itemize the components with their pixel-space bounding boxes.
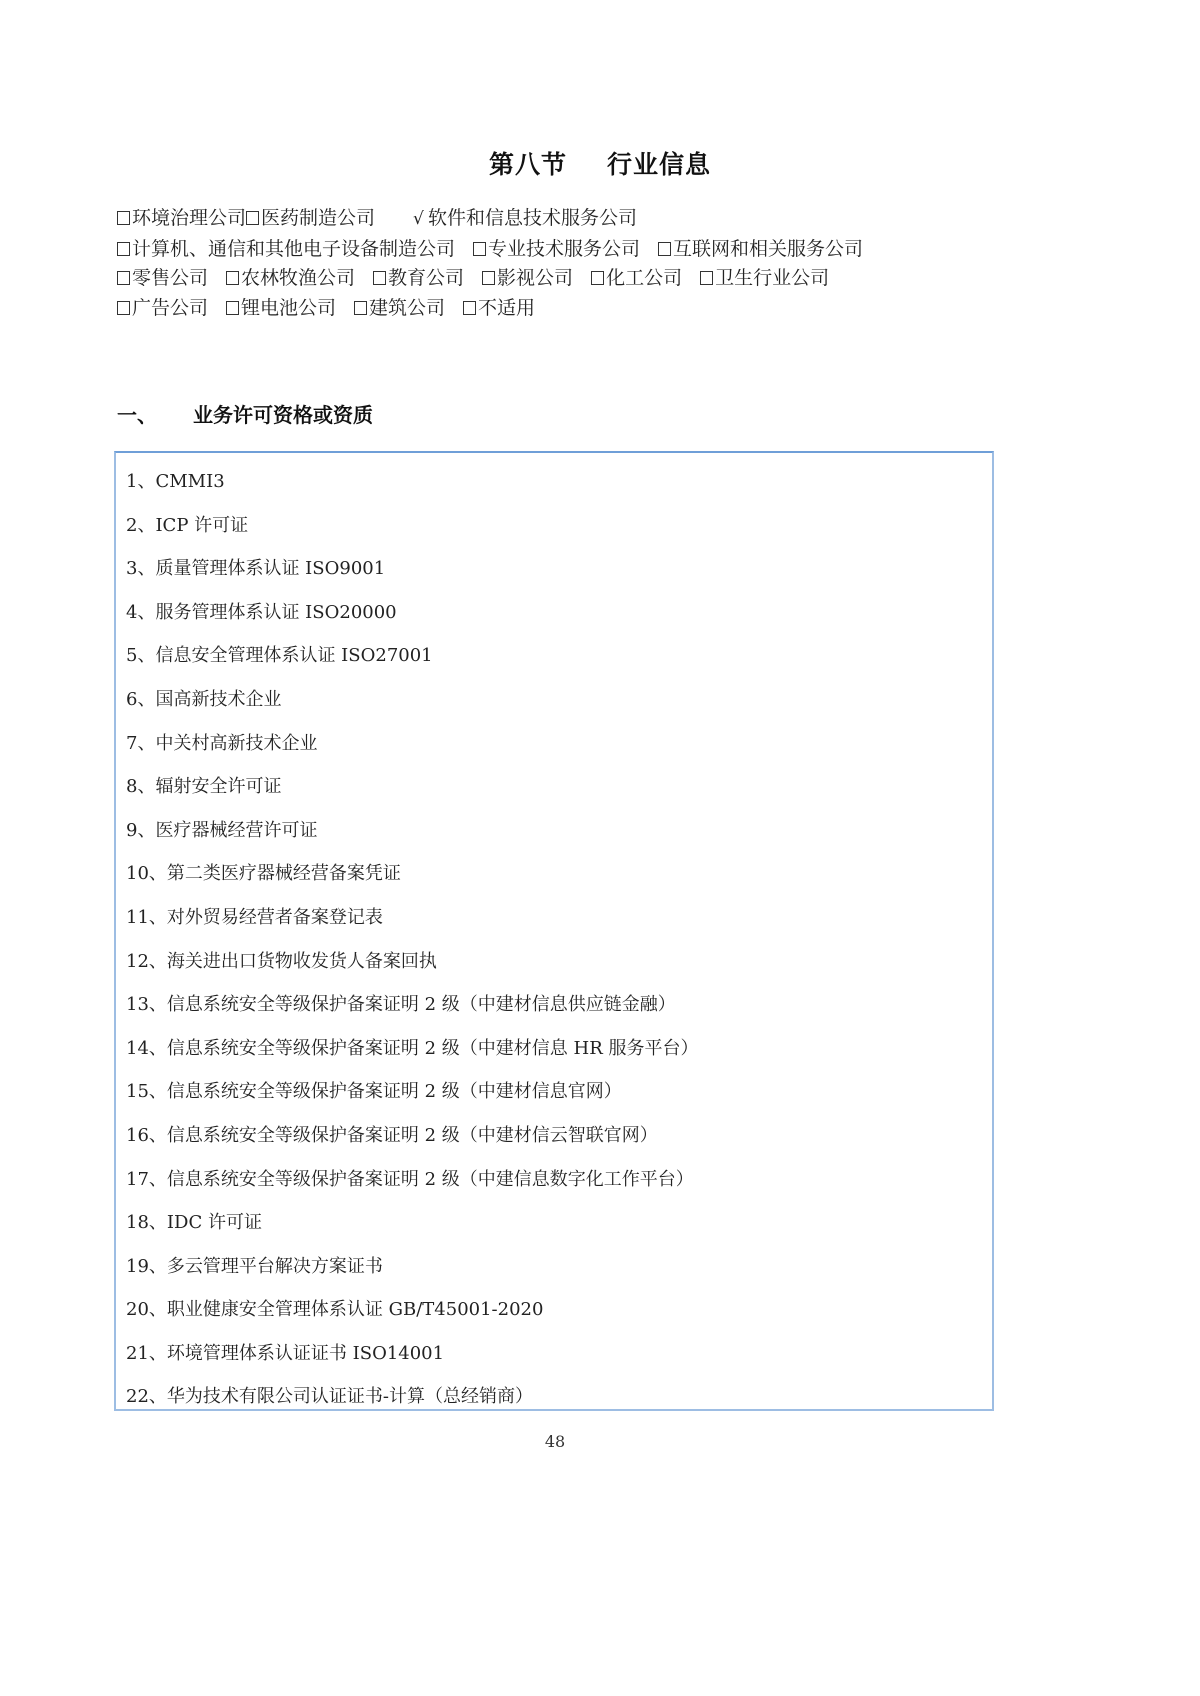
list-item: 8、辐射安全许可证	[126, 765, 992, 809]
industry-option[interactable]: 环境治理公司	[117, 204, 246, 234]
checkbox-icon[interactable]	[354, 301, 367, 315]
checkbox-icon[interactable]	[246, 211, 259, 225]
list-item: 5、信息安全管理体系认证 ISO27001	[126, 634, 992, 678]
checkbox-icon[interactable]	[226, 271, 239, 285]
list-item: 10、第二类医疗器械经营备案凭证	[126, 852, 992, 896]
check-mark-icon[interactable]: √	[413, 205, 427, 235]
list-item: 17、信息系统安全等级保护备案证明 2 级（中建信息数字化工作平台）	[126, 1158, 992, 1202]
list-item: 6、国高新技术企业	[126, 678, 992, 722]
industry-option[interactable]: 化工公司	[591, 264, 682, 294]
checkbox-icon[interactable]	[473, 242, 486, 256]
industry-option[interactable]: 广告公司	[117, 294, 208, 324]
list-item: 22、华为技术有限公司认证证书-计算（总经销商）	[126, 1375, 992, 1419]
list-item: 13、信息系统安全等级保护备案证明 2 级（中建材信息供应链金融）	[126, 983, 992, 1027]
checkbox-icon[interactable]	[117, 301, 130, 315]
industry-row-2: 计算机、通信和其他电子设备制造公司专业技术服务公司互联网和相关服务公司	[117, 235, 1017, 265]
industry-option[interactable]: 卫生行业公司	[700, 264, 829, 294]
list-item: 21、环境管理体系认证证书 ISO14001	[126, 1332, 992, 1376]
list-item: 18、IDC 许可证	[126, 1201, 992, 1245]
industry-option[interactable]: 锂电池公司	[226, 294, 336, 324]
industry-option[interactable]: 互联网和相关服务公司	[658, 235, 863, 265]
industry-option[interactable]: 零售公司	[117, 264, 208, 294]
checkbox-icon[interactable]	[700, 271, 713, 285]
subsection-title: 业务许可资格或资质	[193, 403, 373, 427]
checkbox-icon[interactable]	[226, 301, 239, 315]
page-title: 第八节行业信息	[0, 145, 1200, 181]
qualifications-box: 1、CMMI3 2、ICP 许可证 3、质量管理体系认证 ISO9001 4、服…	[114, 451, 994, 1411]
industry-option-checked[interactable]: √软件和信息技术服务公司	[393, 204, 637, 235]
list-item: 2、ICP 许可证	[126, 504, 992, 548]
section-number: 第八节	[489, 150, 567, 179]
industry-option[interactable]: 不适用	[463, 294, 535, 324]
checkbox-icon[interactable]	[658, 242, 671, 256]
list-item: 7、中关村高新技术企业	[126, 722, 992, 766]
industry-option[interactable]: 专业技术服务公司	[473, 235, 640, 265]
list-item: 3、质量管理体系认证 ISO9001	[126, 547, 992, 591]
checkbox-icon[interactable]	[482, 271, 495, 285]
list-item: 12、海关进出口货物收发货人备案回执	[126, 940, 992, 984]
industry-option[interactable]: 影视公司	[482, 264, 573, 294]
list-item: 20、职业健康安全管理体系认证 GB/T45001-2020	[126, 1288, 992, 1332]
list-item: 14、信息系统安全等级保护备案证明 2 级（中建材信息 HR 服务平台）	[126, 1027, 992, 1071]
checkbox-icon[interactable]	[117, 211, 130, 225]
list-item: 15、信息系统安全等级保护备案证明 2 级（中建材信息官网）	[126, 1070, 992, 1114]
industry-option[interactable]: 教育公司	[373, 264, 464, 294]
checkbox-icon[interactable]	[117, 271, 130, 285]
list-item: 1、CMMI3	[126, 460, 992, 504]
checkbox-icon[interactable]	[373, 271, 386, 285]
industry-row-4: 广告公司锂电池公司建筑公司不适用	[117, 294, 1017, 324]
checkbox-icon[interactable]	[117, 242, 130, 256]
list-item: 9、医疗器械经营许可证	[126, 809, 992, 853]
page-number: 48	[0, 1432, 1110, 1451]
section-name: 行业信息	[607, 150, 711, 179]
checkbox-icon[interactable]	[463, 301, 476, 315]
subsection-number: 一、	[117, 399, 193, 428]
industry-row-1: 环境治理公司医药制造公司√软件和信息技术服务公司	[117, 204, 1017, 235]
checkbox-icon[interactable]	[591, 271, 604, 285]
industry-option[interactable]: 建筑公司	[354, 294, 445, 324]
qualifications-list: 1、CMMI3 2、ICP 许可证 3、质量管理体系认证 ISO9001 4、服…	[116, 453, 992, 1419]
list-item: 4、服务管理体系认证 ISO20000	[126, 591, 992, 635]
industry-option[interactable]: 医药制造公司	[246, 204, 375, 234]
list-item: 11、对外贸易经营者备案登记表	[126, 896, 992, 940]
subsection-heading: 一、业务许可资格或资质	[117, 399, 373, 428]
industry-option[interactable]: 农林牧渔公司	[226, 264, 355, 294]
list-item: 16、信息系统安全等级保护备案证明 2 级（中建材信云智联官网）	[126, 1114, 992, 1158]
industry-row-3: 零售公司农林牧渔公司教育公司影视公司化工公司卫生行业公司	[117, 264, 1017, 294]
industry-option[interactable]: 计算机、通信和其他电子设备制造公司	[117, 235, 455, 265]
list-item: 19、多云管理平台解决方案证书	[126, 1245, 992, 1289]
industry-checklist: 环境治理公司医药制造公司√软件和信息技术服务公司 计算机、通信和其他电子设备制造…	[117, 204, 1017, 323]
